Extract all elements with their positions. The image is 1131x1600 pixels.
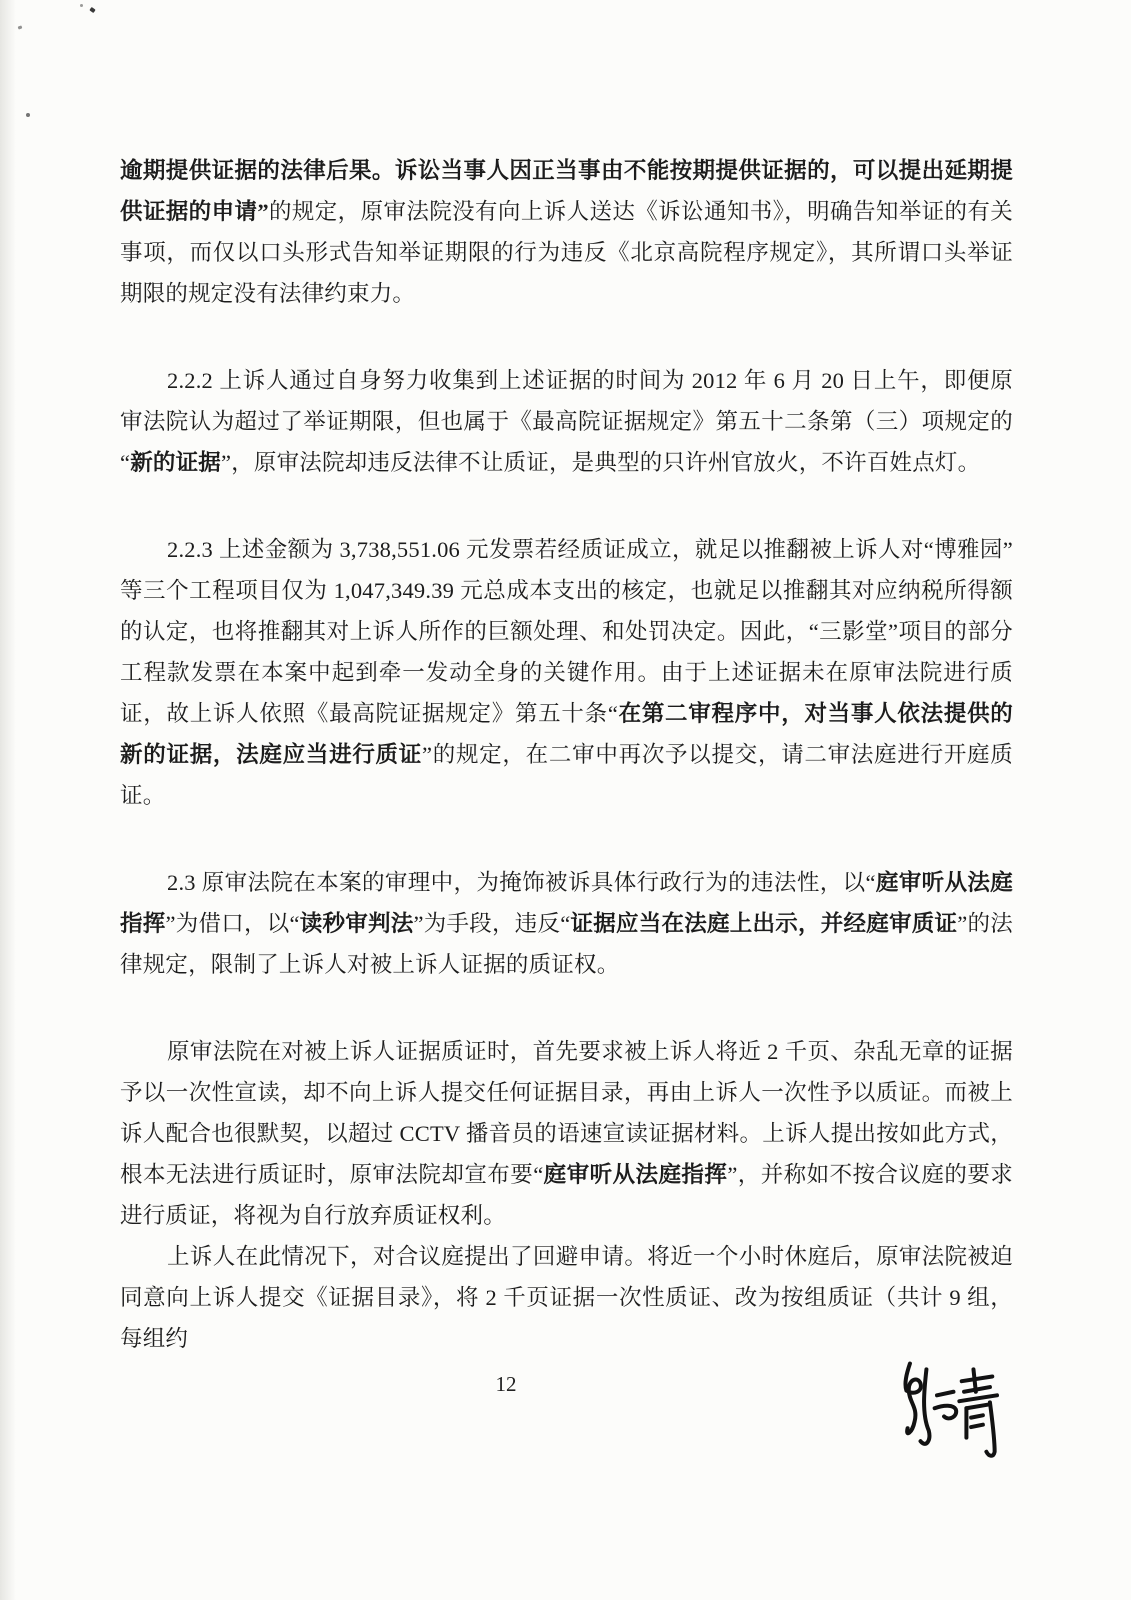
handwritten-signature	[898, 1360, 1016, 1460]
scan-edge-shadow	[0, 0, 16, 1600]
text-run: ”为借口，以“	[166, 911, 300, 936]
text-run: 读秒审判法	[300, 911, 414, 936]
paragraph-1: 逾期提供证据的法律后果。诉讼当事人因正当事由不能按期提供证据的，可以提出延期提供…	[120, 150, 1013, 314]
scan-speck	[80, 4, 83, 7]
page-number: 12	[486, 1372, 526, 1397]
paragraph-2: 2.2.2 上诉人通过自身努力收集到上述证据的时间为 2012 年 6 月 20…	[120, 360, 1013, 483]
text-run: 证据应当在法庭上出示，并经庭审质证	[570, 911, 957, 936]
paragraph-3: 2.2.3 上述金额为 3,738,551.06 元发票若经质证成立，就足以推翻…	[120, 529, 1013, 816]
text-run: 上诉人在此情况下，对合议庭提出了回避申请。将近一个小时休庭后，原审法院被迫同意向…	[120, 1244, 1013, 1351]
paragraph-4: 2.3 原审法院在本案的审理中，为掩饰被诉具体行政行为的违法性，以“庭审听从法庭…	[120, 862, 1013, 985]
document-body: 逾期提供证据的法律后果。诉讼当事人因正当事由不能按期提供证据的，可以提出延期提供…	[120, 150, 1013, 1359]
text-run: 2.2.3 上述金额为 3,738,551.06 元发票若经质证成立，就足以推翻…	[120, 537, 1013, 726]
text-run: 2.3 原审法院在本案的审理中，为掩饰被诉具体行政行为的违法性，以“	[167, 870, 876, 895]
text-run: 新的证据	[130, 450, 221, 475]
text-run: ”，原审法院却违反法律不让质证，是典型的只许州官放火，不许百姓点灯。	[221, 450, 980, 475]
paragraph-5: 原审法院在对被上诉人证据质证时，首先要求被上诉人将近 2 千页、杂乱无章的证据予…	[120, 1031, 1013, 1236]
paragraph-6: 上诉人在此情况下，对合议庭提出了回避申请。将近一个小时休庭后，原审法院被迫同意向…	[120, 1236, 1013, 1359]
text-run: ”为手段，违反“	[414, 911, 571, 936]
scan-speck	[89, 7, 95, 13]
text-run: 庭审听从法庭指挥	[543, 1162, 727, 1187]
scan-speck	[18, 25, 23, 29]
scan-speck	[26, 113, 30, 117]
